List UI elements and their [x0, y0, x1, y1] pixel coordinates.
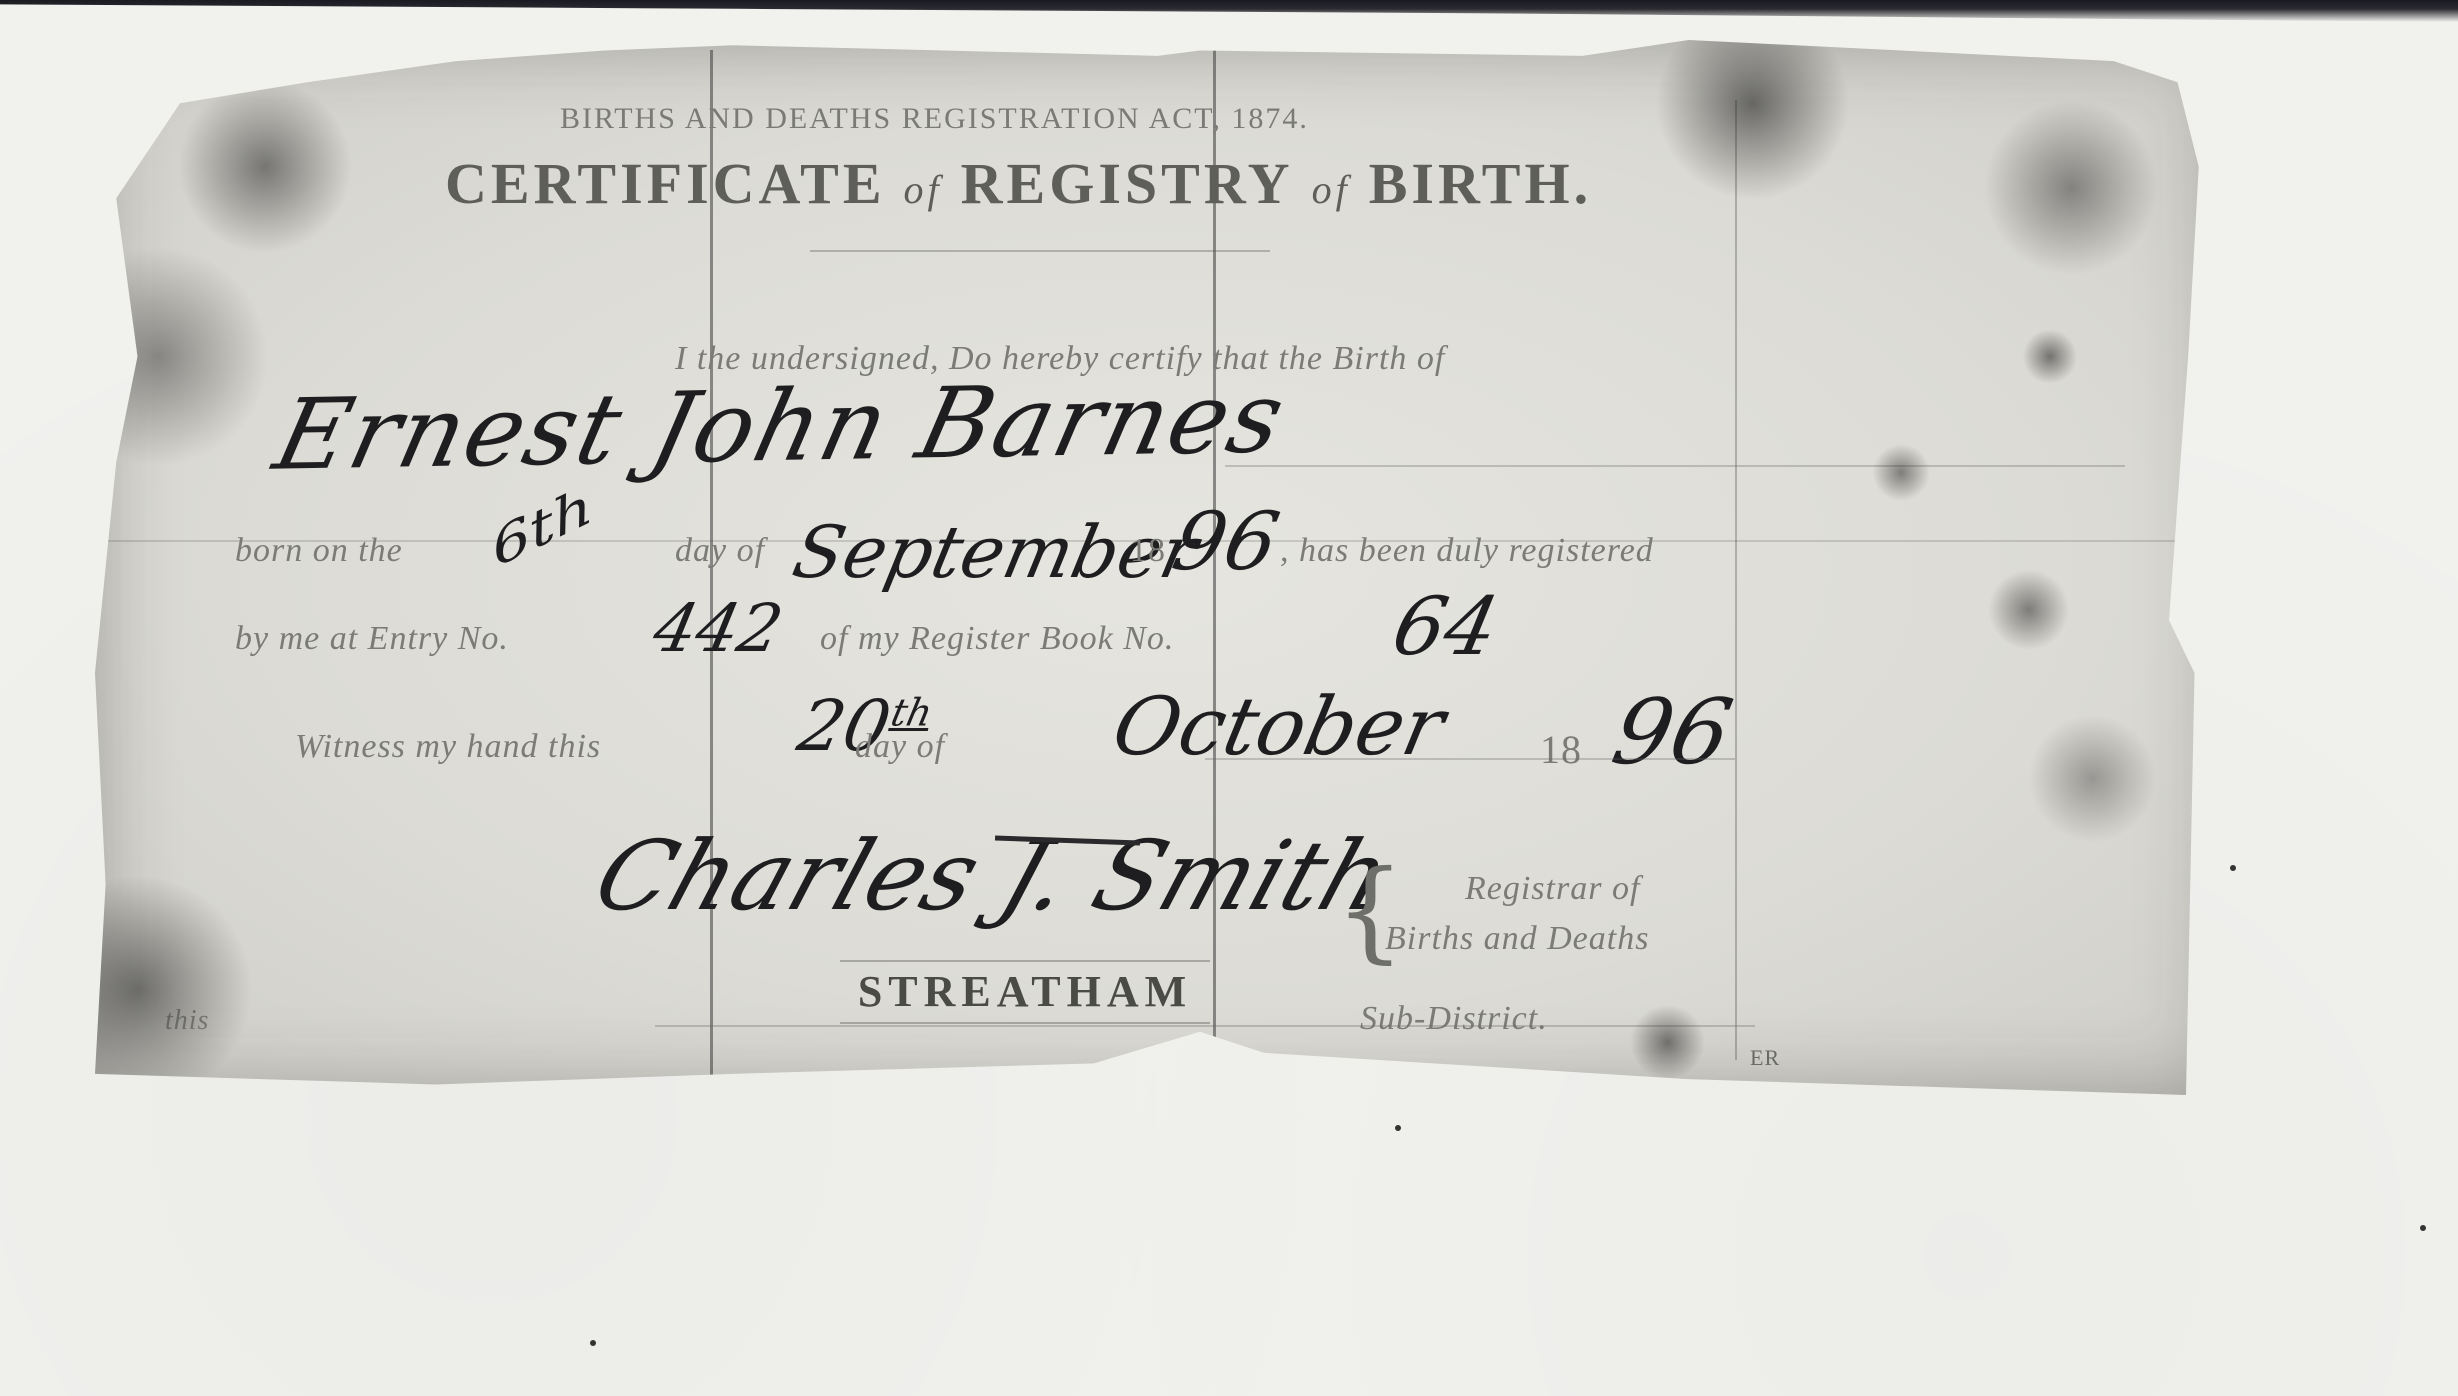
- year-prefix: 18: [1130, 532, 1166, 570]
- title-divider: [810, 250, 1270, 252]
- scan-speck: [2230, 865, 2236, 871]
- corner-text-right: ER: [1750, 1045, 1780, 1071]
- duly-registered-clause: , has been duly registered: [1280, 532, 1654, 570]
- registrar-signature: Charles J. Smith: [582, 820, 1404, 932]
- corner-text-left: this: [165, 1005, 209, 1037]
- born-on-label: born on the: [235, 532, 403, 570]
- birth-day: 6th: [487, 476, 598, 579]
- day-of-label-2: day of: [855, 728, 945, 766]
- registrar-title-line-2: Births and Deaths: [1385, 920, 1649, 958]
- registrar-title-line-1: Registrar of: [1465, 870, 1640, 908]
- birth-certificate: BIRTHS AND DEATHS REGISTRATION ACT, 1874…: [95, 40, 2220, 1095]
- bottom-rule: [655, 1025, 1755, 1027]
- scan-speck: [1395, 1125, 1401, 1131]
- scan-speck: [2420, 1225, 2426, 1231]
- scan-speck: [590, 1340, 596, 1346]
- district-stamp: STREATHAM: [840, 960, 1210, 1024]
- entry-number: 442: [647, 590, 789, 667]
- act-title: BIRTHS AND DEATHS REGISTRATION ACT, 1874…: [560, 102, 1309, 136]
- fold-line: [1735, 100, 1737, 1060]
- register-book-number: 64: [1385, 580, 1507, 673]
- register-book-label: of my Register Book No.: [820, 620, 1174, 658]
- name-rule: [1225, 465, 2125, 467]
- witness-label: Witness my hand this: [295, 728, 601, 766]
- title-certificate: CERTIFICATE: [445, 151, 886, 216]
- child-name: Ernest John Barnes: [265, 361, 1296, 492]
- title-birth: BIRTH.: [1369, 151, 1592, 216]
- day-of-label: day of: [675, 532, 765, 570]
- title-of: of: [904, 167, 943, 212]
- title-of: of: [1312, 167, 1351, 212]
- signed-year-suffix: 96: [1604, 680, 1741, 785]
- entry-no-label: by me at Entry No.: [235, 620, 509, 658]
- date-rule: [1205, 758, 1735, 760]
- year-prefix-2: 18: [1540, 726, 1582, 773]
- birth-year-suffix: 96: [1165, 495, 1287, 588]
- sub-district-label: Sub-District.: [1360, 1000, 1548, 1038]
- certificate-title: CERTIFICATEofREGISTRYofBIRTH.: [445, 150, 1592, 217]
- title-registry: REGISTRY: [961, 151, 1294, 216]
